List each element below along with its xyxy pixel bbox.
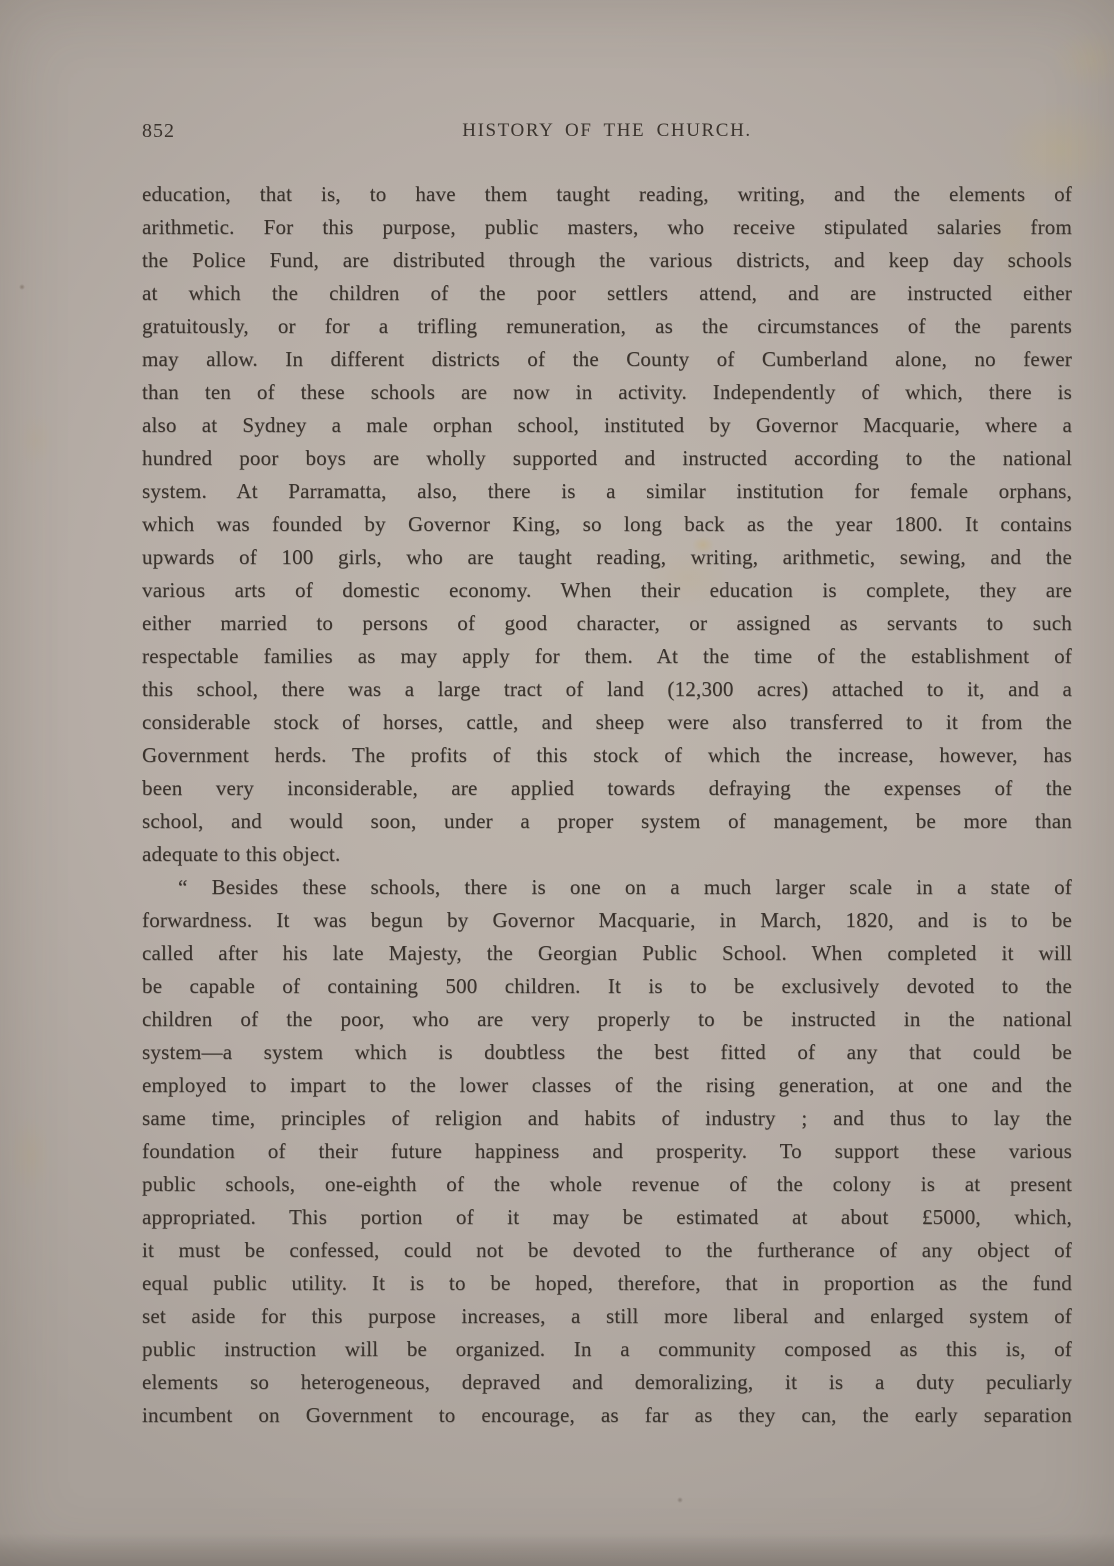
text-line: been very inconsiderable, are applied to…: [142, 772, 1072, 805]
paragraph-2: “ Besides these schools, there is one on…: [142, 871, 1072, 1432]
text-line: Government herds. The profits of this st…: [142, 739, 1072, 772]
text-line: arithmetic. For this purpose, public mas…: [142, 211, 1072, 244]
running-title: HISTORY OF THE CHURCH.: [142, 120, 1072, 142]
text-line: this school, there was a large tract of …: [142, 673, 1072, 706]
text-line: education, that is, to have them taught …: [142, 178, 1072, 211]
text-line: adequate to this object.: [142, 838, 1072, 871]
text-line: forwardness. It was begun by Governor Ma…: [142, 904, 1072, 937]
text-line: which was founded by Governor King, so l…: [142, 508, 1072, 541]
page-content: 852 HISTORY OF THE CHURCH. education, th…: [142, 120, 1072, 1432]
text-line: also at Sydney a male orphan school, ins…: [142, 409, 1072, 442]
text-line: same time, principles of religion and ha…: [142, 1102, 1072, 1135]
text-line: hundred poor boys are wholly supported a…: [142, 442, 1072, 475]
text-line: equal public utility. It is to be hoped,…: [142, 1267, 1072, 1300]
text-line: it must be confessed, could not be devot…: [142, 1234, 1072, 1267]
text-line: employed to impart to the lower classes …: [142, 1069, 1072, 1102]
text-line: public schools, one-eighth of the whole …: [142, 1168, 1072, 1201]
text-line: gratuitously, or for a trifling remunera…: [142, 310, 1072, 343]
text-line: either married to persons of good charac…: [142, 607, 1072, 640]
text-line: various arts of domestic economy. When t…: [142, 574, 1072, 607]
text-line: called after his late Majesty, the Georg…: [142, 937, 1072, 970]
text-line: incumbent on Government to encourage, as…: [142, 1399, 1072, 1432]
text-line: be capable of containing 500 children. I…: [142, 970, 1072, 1003]
text-line: appropriated. This portion of it may be …: [142, 1201, 1072, 1234]
text-line: elements so heterogeneous, depraved and …: [142, 1366, 1072, 1399]
text-line: public instruction will be organized. In…: [142, 1333, 1072, 1366]
text-line: system. At Parramatta, also, there is a …: [142, 475, 1072, 508]
text-line: foundation of their future happiness and…: [142, 1135, 1072, 1168]
text-line: respectable families as may apply for th…: [142, 640, 1072, 673]
text-line: considerable stock of horses, cattle, an…: [142, 706, 1072, 739]
page-number: 852: [142, 120, 175, 143]
text-line: “ Besides these schools, there is one on…: [142, 871, 1072, 904]
text-line: school, and would soon, under a proper s…: [142, 805, 1072, 838]
page-header: 852 HISTORY OF THE CHURCH.: [142, 120, 1072, 150]
text-line: children of the poor, who are very prope…: [142, 1003, 1072, 1036]
text-line: upwards of 100 girls, who are taught rea…: [142, 541, 1072, 574]
text-line: at which the children of the poor settle…: [142, 277, 1072, 310]
paragraph-1: education, that is, to have them taught …: [142, 178, 1072, 871]
book-page: 852 HISTORY OF THE CHURCH. education, th…: [0, 0, 1114, 1566]
text-line: may allow. In different districts of the…: [142, 343, 1072, 376]
text-line: set aside for this purpose increases, a …: [142, 1300, 1072, 1333]
text-line: system—a system which is doubtless the b…: [142, 1036, 1072, 1069]
text-line: than ten of these schools are now in act…: [142, 376, 1072, 409]
text-line: the Police Fund, are distributed through…: [142, 244, 1072, 277]
body-text: education, that is, to have them taught …: [142, 178, 1072, 1432]
